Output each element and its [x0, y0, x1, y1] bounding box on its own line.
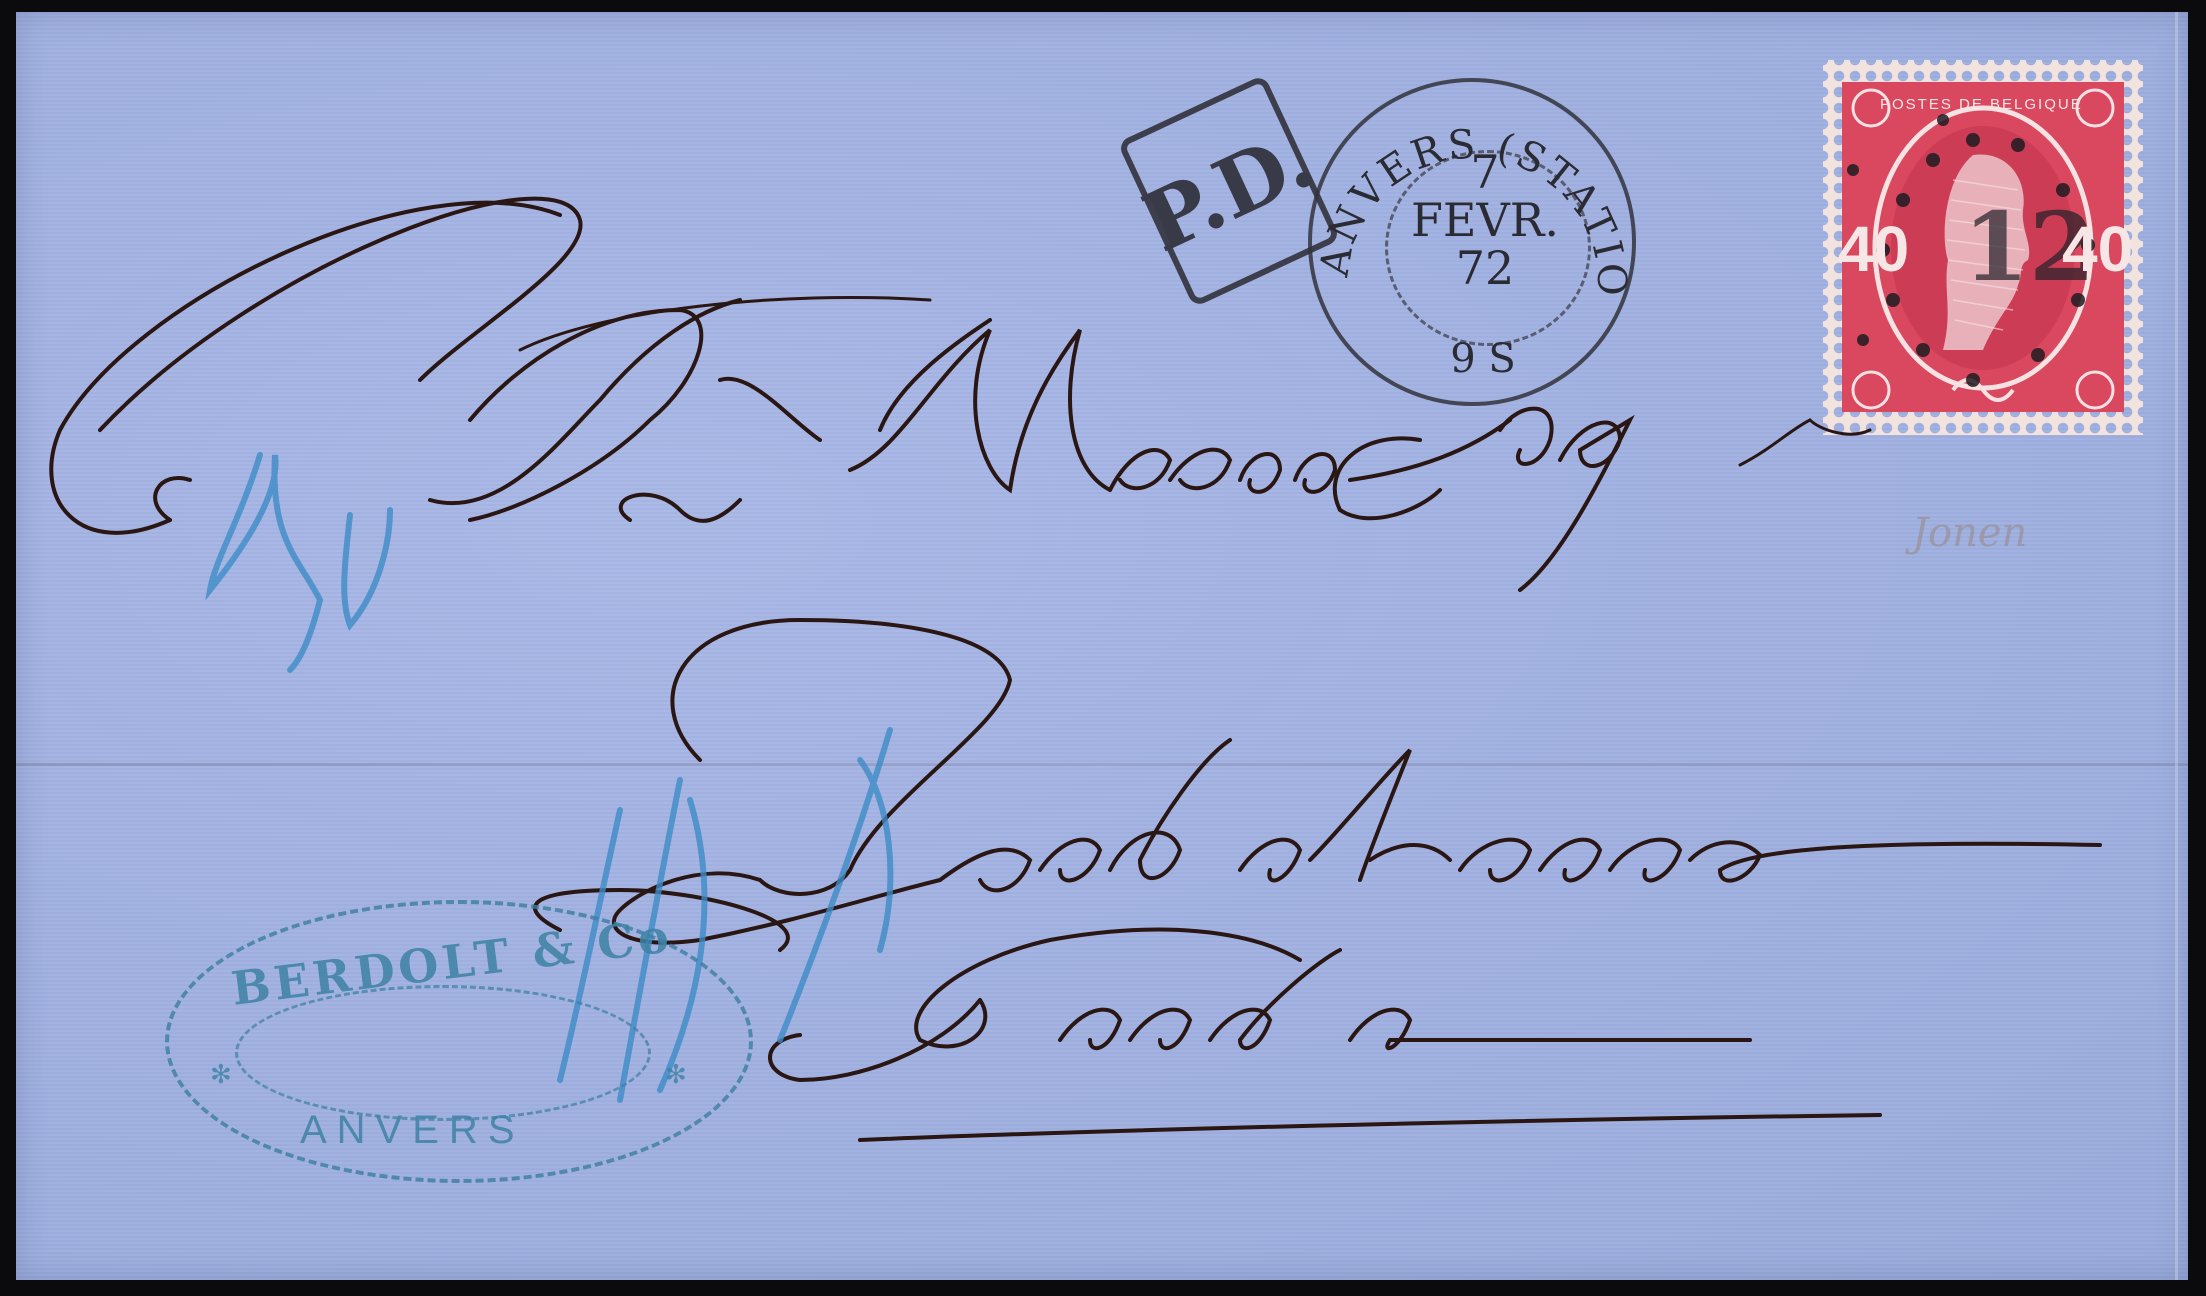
pencil-annotation: Jonen	[1912, 510, 2027, 556]
firm-city: ANVERS	[300, 1108, 525, 1153]
ornament-right-icon: ✻	[665, 1060, 687, 1090]
ornament-left-icon: ✻	[210, 1060, 232, 1090]
